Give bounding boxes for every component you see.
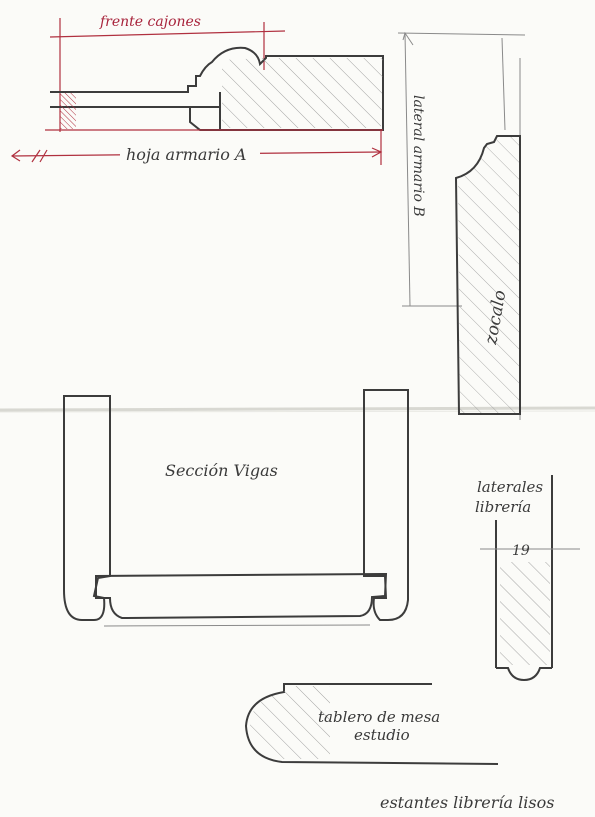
desk-top-drawing: tablero de mesa estudio: [246, 684, 498, 764]
lateral-armario-label: lateral armario B: [410, 95, 426, 217]
seccion-vigas-label: Sección Vigas: [165, 461, 278, 480]
beam-section-drawing: Sección Vigas: [64, 390, 408, 626]
dimension-19: 19: [512, 543, 530, 559]
libreria-label: librería: [475, 498, 531, 516]
laterales-label: laterales: [477, 478, 543, 496]
hoja-armario-label: hoja armario A: [126, 145, 246, 164]
frente-cajones-label: frente cajones: [99, 14, 201, 30]
bookshelf-side-drawing: laterales librería 19: [475, 475, 580, 680]
estudio-label: estudio: [354, 726, 410, 744]
footer-note: estantes librería lisos: [380, 793, 554, 812]
tablero-mesa-label: tablero de mesa: [318, 708, 440, 726]
side-panel-drawing: lateral armario B zocalo: [398, 33, 525, 420]
cabinet-door-drawing: frente cajones hoja armario A: [12, 14, 383, 165]
sketch-sheet: frente cajones hoja armario A lateral ar…: [0, 0, 595, 817]
